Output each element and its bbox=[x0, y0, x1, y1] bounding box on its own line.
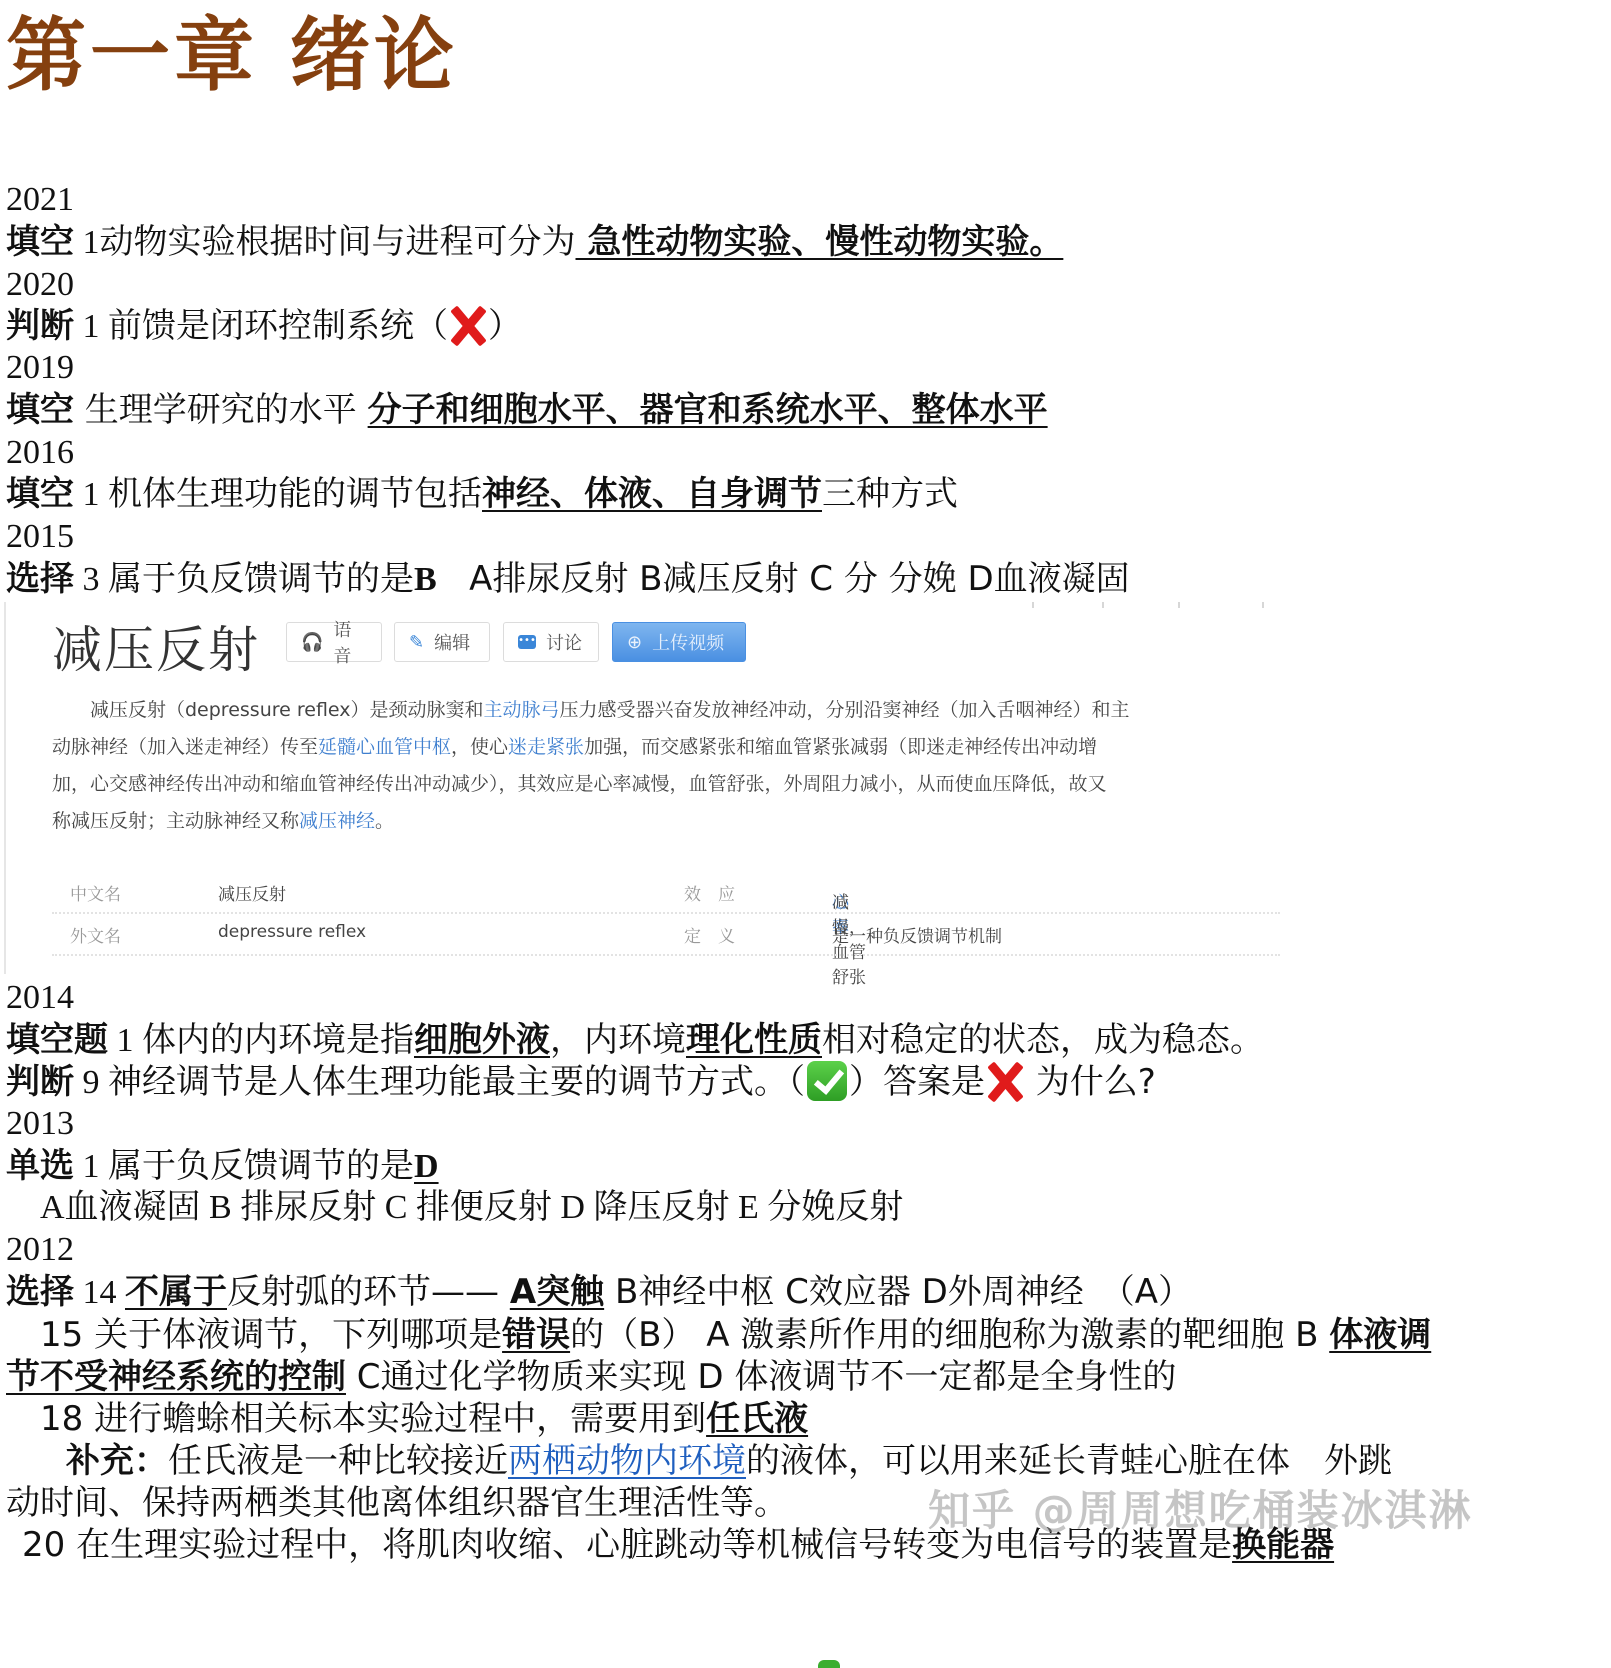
supplement-line: 动时间、保持两栖类其他离体组织器官生理活性等。 bbox=[6, 1482, 788, 1524]
answer-text: B bbox=[414, 561, 437, 598]
answer-text: 理化性质 bbox=[686, 1020, 822, 1060]
check-mark-icon bbox=[807, 1061, 847, 1101]
question-options: A排尿反射 B减压反射 C 分 分娩 D血液凝固 bbox=[437, 559, 1130, 599]
upload-video-button-label: 上传视频 bbox=[652, 629, 724, 655]
check-mark-icon bbox=[818, 1660, 840, 1668]
answer-text: 分子和细胞水平、器官和系统水平、整体水平 bbox=[368, 390, 1048, 430]
card-description: 减压反射（depressure reflex）是颈动脉窦和主动脉弓压力感受器兴奋… bbox=[52, 692, 1282, 840]
answer-text: 节不受神经系统的控制 bbox=[6, 1357, 346, 1397]
question-line: 填空 1动物实验根据时间与进程可分为 急性动物实验、慢性动物实验。 bbox=[6, 221, 1063, 263]
link-vagal-tone[interactable]: 迷走紧张 bbox=[508, 736, 584, 758]
pencil-icon: ✎ bbox=[409, 632, 424, 653]
year-label: 2013 bbox=[6, 1103, 74, 1145]
bracket: ） bbox=[488, 306, 522, 346]
info-row: 外文名 depressure reflex 定 义 是一种负反馈调节机制 bbox=[52, 914, 1280, 956]
question-text: 动物实验根据时间与进程可分为 bbox=[100, 222, 576, 262]
answer-text: 错误 bbox=[502, 1315, 570, 1355]
year-label: 2021 bbox=[6, 179, 74, 221]
answer-text: 神经、体液、自身调节 bbox=[482, 474, 822, 514]
chat-icon: ••• bbox=[518, 635, 536, 649]
question-number: 1 bbox=[74, 224, 100, 261]
question-type: 判断 bbox=[6, 306, 74, 346]
encyclopedia-card: 减压反射 🎧 语音 ✎ 编辑 ••• 讨论 ⊕ 上传视频 减压反射（depres… bbox=[4, 602, 1286, 974]
answer-text: D bbox=[414, 1148, 439, 1185]
question-line: 选择 14 不属于反射弧的环节—— A突触 B神经中枢 C效应器 D外周神经 （… bbox=[6, 1271, 1192, 1313]
year-label: 2014 bbox=[6, 977, 74, 1019]
link-depressor-nerve[interactable]: 减压神经 bbox=[299, 810, 375, 832]
question-line: 18 进行蟾蜍相关标本实验过程中，需要用到任氏液 bbox=[40, 1398, 808, 1440]
question-tail: 三种方式 bbox=[822, 474, 958, 514]
question-type: 填空 bbox=[6, 390, 74, 430]
question-text: 生理学研究的水平 bbox=[74, 390, 368, 430]
question-line: 填空题 1 体内的内环境是指细胞外液，内环境理化性质相对稳定的状态，成为稳态。 bbox=[6, 1019, 1264, 1061]
card-title: 减压反射 bbox=[52, 610, 260, 682]
question-number: 3 bbox=[74, 561, 108, 598]
headphones-icon: 🎧 bbox=[301, 632, 323, 653]
question-line: 单选 1 属于负反馈调节的是D bbox=[6, 1145, 439, 1187]
supplement-label: 补充： bbox=[66, 1441, 168, 1481]
answer-text: 任氏液 bbox=[706, 1399, 808, 1439]
voice-button-label: 语音 bbox=[333, 616, 367, 668]
answer-text: A突触 bbox=[510, 1272, 604, 1312]
plus-circle-icon: ⊕ bbox=[627, 632, 642, 653]
question-type: 填空 bbox=[6, 222, 74, 262]
supplement-line: 补充：任氏液是一种比较接近两栖动物内环境的液体，可以用来延长青蛙心脏在体 外跳 bbox=[66, 1440, 1392, 1482]
watermark: 知乎 @周周想吃桶装冰淇淋 bbox=[928, 1478, 1473, 1538]
cross-mark-icon bbox=[985, 1061, 1025, 1101]
question-line: 选择 3 属于负反馈调节的是B A排尿反射 B减压反射 C 分 分娩 D血液凝固 bbox=[6, 558, 1130, 600]
question-line: 填空 生理学研究的水平 分子和细胞水平、器官和系统水平、整体水平 bbox=[6, 389, 1048, 431]
link-amphibian-internal-environment[interactable]: 两栖动物内环境 bbox=[508, 1441, 746, 1481]
chapter-title: 第一章 绪论 bbox=[6, 6, 458, 106]
year-label: 2016 bbox=[6, 432, 74, 474]
question-text: 前馈是闭环控制系统（ bbox=[108, 306, 448, 346]
question-options: A血液凝固 B 排尿反射 C 排便反射 D 降压反射 E 分娩反射 bbox=[40, 1187, 903, 1229]
basic-info-table: 中文名 减压反射 效 应 心率减慢，血管舒张 外文名 depressure re… bbox=[52, 872, 1280, 956]
year-label: 2019 bbox=[6, 347, 74, 389]
discuss-button[interactable]: ••• 讨论 bbox=[503, 622, 599, 662]
question-type: 选择 bbox=[6, 1272, 74, 1312]
question-number: 1 bbox=[74, 1148, 108, 1185]
edit-button-label: 编辑 bbox=[434, 629, 470, 655]
question-line: 填空 1 机体生理功能的调节包括神经、体液、自身调节三种方式 bbox=[6, 473, 958, 515]
answer-text: 不属于 bbox=[125, 1272, 227, 1312]
answer-text: 细胞外液 bbox=[414, 1020, 550, 1060]
answer-text: 体液调 bbox=[1329, 1315, 1431, 1355]
cross-mark-icon bbox=[448, 305, 488, 345]
question-type: 填空 bbox=[6, 474, 74, 514]
year-label: 2020 bbox=[6, 264, 74, 306]
question-type: 填空题 bbox=[6, 1020, 108, 1060]
question-line: 判断 1 前馈是闭环控制系统（） bbox=[6, 305, 522, 347]
card-top-edge bbox=[1026, 602, 1266, 610]
discuss-button-label: 讨论 bbox=[546, 629, 582, 655]
question-type: 判断 bbox=[6, 1062, 74, 1102]
question-number: 1 bbox=[108, 1022, 142, 1059]
year-label: 2015 bbox=[6, 516, 74, 558]
upload-video-button[interactable]: ⊕ 上传视频 bbox=[612, 622, 746, 662]
question-number: 1 bbox=[74, 476, 108, 513]
question-text: 属于负反馈调节的是 bbox=[108, 559, 414, 599]
question-line: 15 关于体液调节，下列哪项是错误的（B） A 激素所作用的细胞称为激素的靶细胞… bbox=[40, 1314, 1431, 1356]
question-number: 14 bbox=[74, 1274, 125, 1311]
question-type: 选择 bbox=[6, 559, 74, 599]
question-type: 单选 bbox=[6, 1146, 74, 1186]
info-row: 中文名 减压反射 效 应 心率减慢，血管舒张 bbox=[52, 872, 1280, 914]
question-number: 9 bbox=[74, 1064, 108, 1101]
edit-button[interactable]: ✎ 编辑 bbox=[394, 622, 490, 662]
link-aortic-arch[interactable]: 主动脉弓 bbox=[484, 699, 560, 721]
year-label: 2012 bbox=[6, 1229, 74, 1271]
voice-button[interactable]: 🎧 语音 bbox=[286, 622, 382, 662]
question-line: 节不受神经系统的控制 C通过化学物质来实现 D 体液调节不一定都是全身性的 bbox=[6, 1356, 1176, 1398]
answer-text: 急性动物实验、慢性动物实验。 bbox=[576, 222, 1064, 262]
link-medulla-cardiovascular-center[interactable]: 延髓心血管中枢 bbox=[318, 736, 451, 758]
question-text: 机体生理功能的调节包括 bbox=[108, 474, 482, 514]
question-line: 判断 9 神经调节是人体生理功能最主要的调节方式。（）答案是 为什么? bbox=[6, 1061, 1156, 1103]
question-number: 1 bbox=[74, 308, 108, 345]
